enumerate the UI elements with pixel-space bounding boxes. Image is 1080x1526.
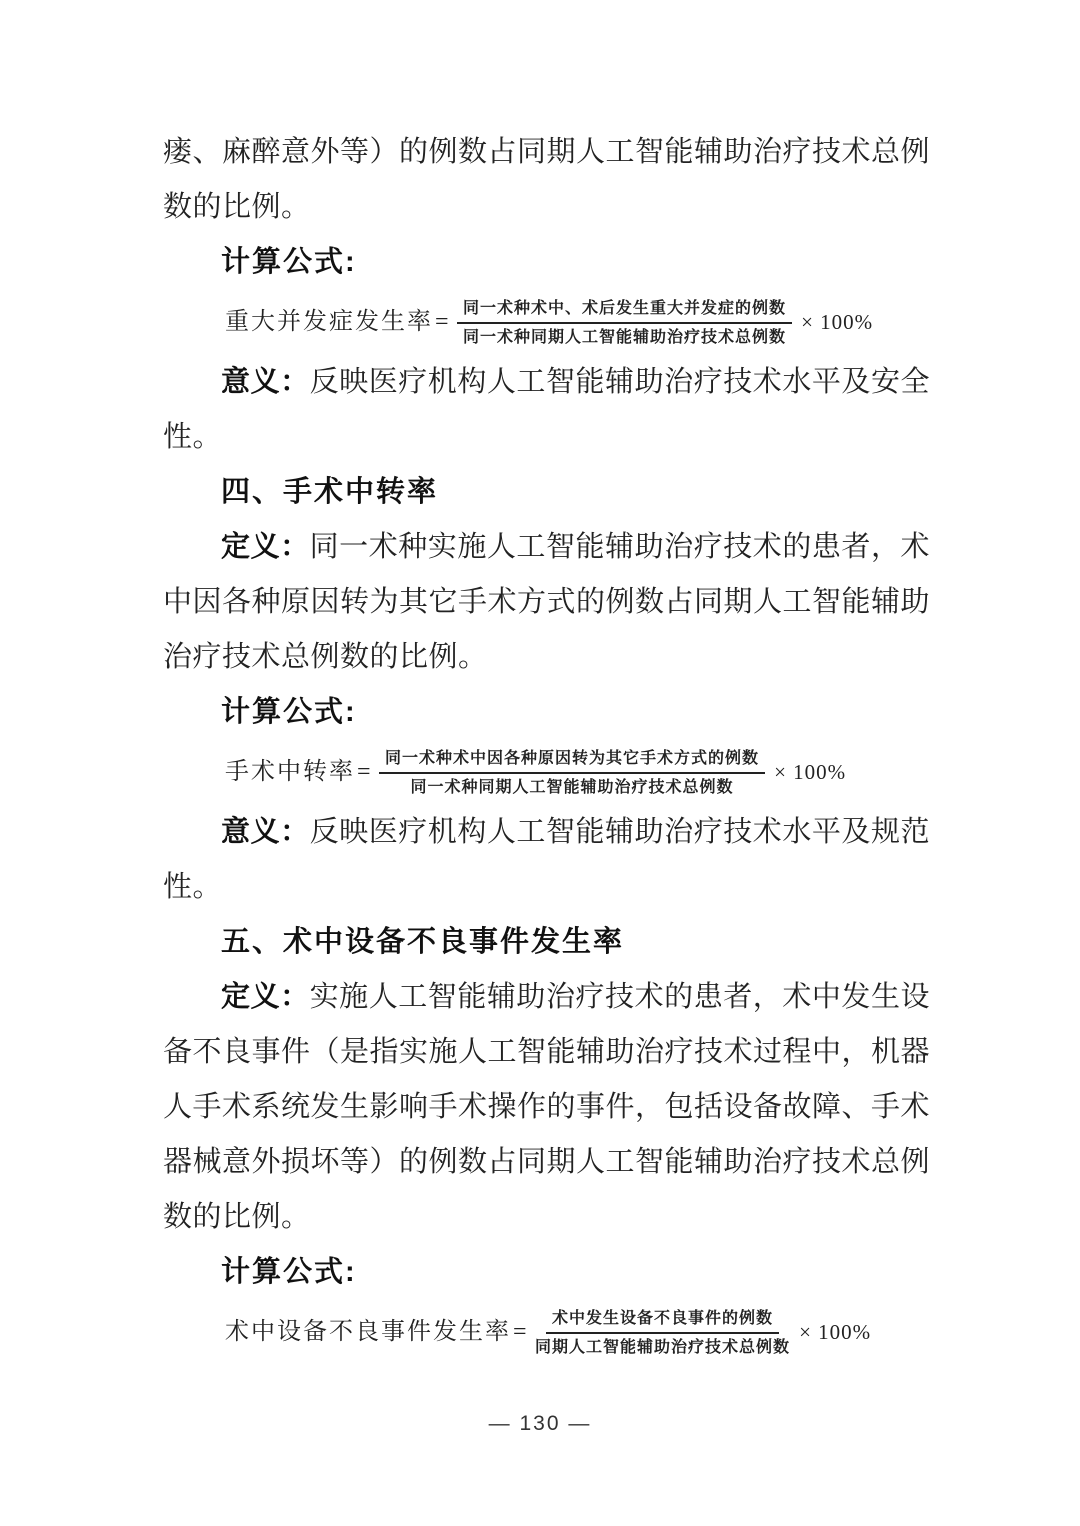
fraction: 同一术种术中因各种原因转为其它手术方式的例数 同一术种同期人工智能辅助治疗技术总…: [379, 748, 765, 798]
formula-surgery-conversion-rate: 手术中转率 = 同一术种术中因各种原因转为其它手术方式的例数 同一术种同期人工智…: [225, 740, 930, 805]
fraction: 术中发生设备不良事件的例数 同期人工智能辅助治疗技术总例数: [535, 1308, 790, 1358]
document-content: 瘘、麻醉意外等）的例数占同期人工智能辅助治疗技术总例数的比例。 计算公式: 重大…: [163, 125, 930, 1365]
formula-lhs: 术中设备不良事件发生率: [225, 1305, 511, 1360]
document-page: 瘘、麻醉意外等）的例数占同期人工智能辅助治疗技术总例数的比例。 计算公式: 重大…: [0, 0, 1080, 1526]
significance-paragraph-1: 意义：反映医疗机构人工智能辅助治疗技术水平及安全性。: [163, 355, 930, 465]
page-number: — 130 —: [0, 1412, 1080, 1436]
equals-sign: =: [357, 745, 371, 800]
significance-paragraph-2: 意义：反映医疗机构人工智能辅助治疗技术水平及规范性。: [163, 805, 930, 915]
fraction-numerator: 同一术种术中因各种原因转为其它手术方式的例数: [379, 748, 765, 774]
significance-label: 意义：: [221, 816, 310, 848]
definition-paragraph-5: 定义：实施人工智能辅助治疗技术的患者，术中发生设备不良事件（是指实施人工智能辅助…: [163, 970, 930, 1245]
definition-text: 实施人工智能辅助治疗技术的患者，术中发生设备不良事件（是指实施人工智能辅助治疗技…: [163, 981, 930, 1233]
fraction-denominator: 同一术种同期人工智能辅助治疗技术总例数: [411, 774, 734, 798]
fraction-denominator: 同一术种同期人工智能辅助治疗技术总例数: [463, 324, 786, 348]
fraction-numerator: 同一术种术中、术后发生重大并发症的例数: [457, 298, 792, 324]
formula-heading-3: 计算公式:: [163, 1245, 930, 1300]
fraction-denominator: 同期人工智能辅助治疗技术总例数: [535, 1334, 790, 1358]
formula-major-complication-rate: 重大并发症发生率 = 同一术种术中、术后发生重大并发症的例数 同一术种同期人工智…: [225, 290, 930, 355]
fraction: 同一术种术中、术后发生重大并发症的例数 同一术种同期人工智能辅助治疗技术总例数: [457, 298, 792, 348]
fraction-numerator: 术中发生设备不良事件的例数: [546, 1308, 779, 1334]
formula-lhs: 手术中转率: [225, 745, 355, 800]
times-100-percent: × 100%: [774, 745, 846, 800]
formula-heading-1: 计算公式:: [163, 235, 930, 290]
equals-sign: =: [435, 295, 449, 350]
equals-sign: =: [513, 1305, 527, 1360]
significance-label: 意义：: [221, 366, 310, 398]
formula-heading-2: 计算公式:: [163, 685, 930, 740]
definition-label: 定义：: [221, 981, 310, 1013]
times-100-percent: × 100%: [799, 1305, 871, 1360]
intro-paragraph: 瘘、麻醉意外等）的例数占同期人工智能辅助治疗技术总例数的比例。: [163, 125, 930, 235]
definition-paragraph-4: 定义：同一术种实施人工智能辅助治疗技术的患者，术中因各种原因转为其它手术方式的例…: [163, 520, 930, 685]
formula-lhs: 重大并发症发生率: [225, 295, 433, 350]
section-heading-5: 五、术中设备不良事件发生率: [163, 915, 930, 970]
times-100-percent: × 100%: [801, 295, 873, 350]
formula-device-adverse-event-rate: 术中设备不良事件发生率 = 术中发生设备不良事件的例数 同期人工智能辅助治疗技术…: [225, 1300, 930, 1365]
definition-label: 定义：: [221, 531, 310, 563]
section-heading-4: 四、手术中转率: [163, 465, 930, 520]
